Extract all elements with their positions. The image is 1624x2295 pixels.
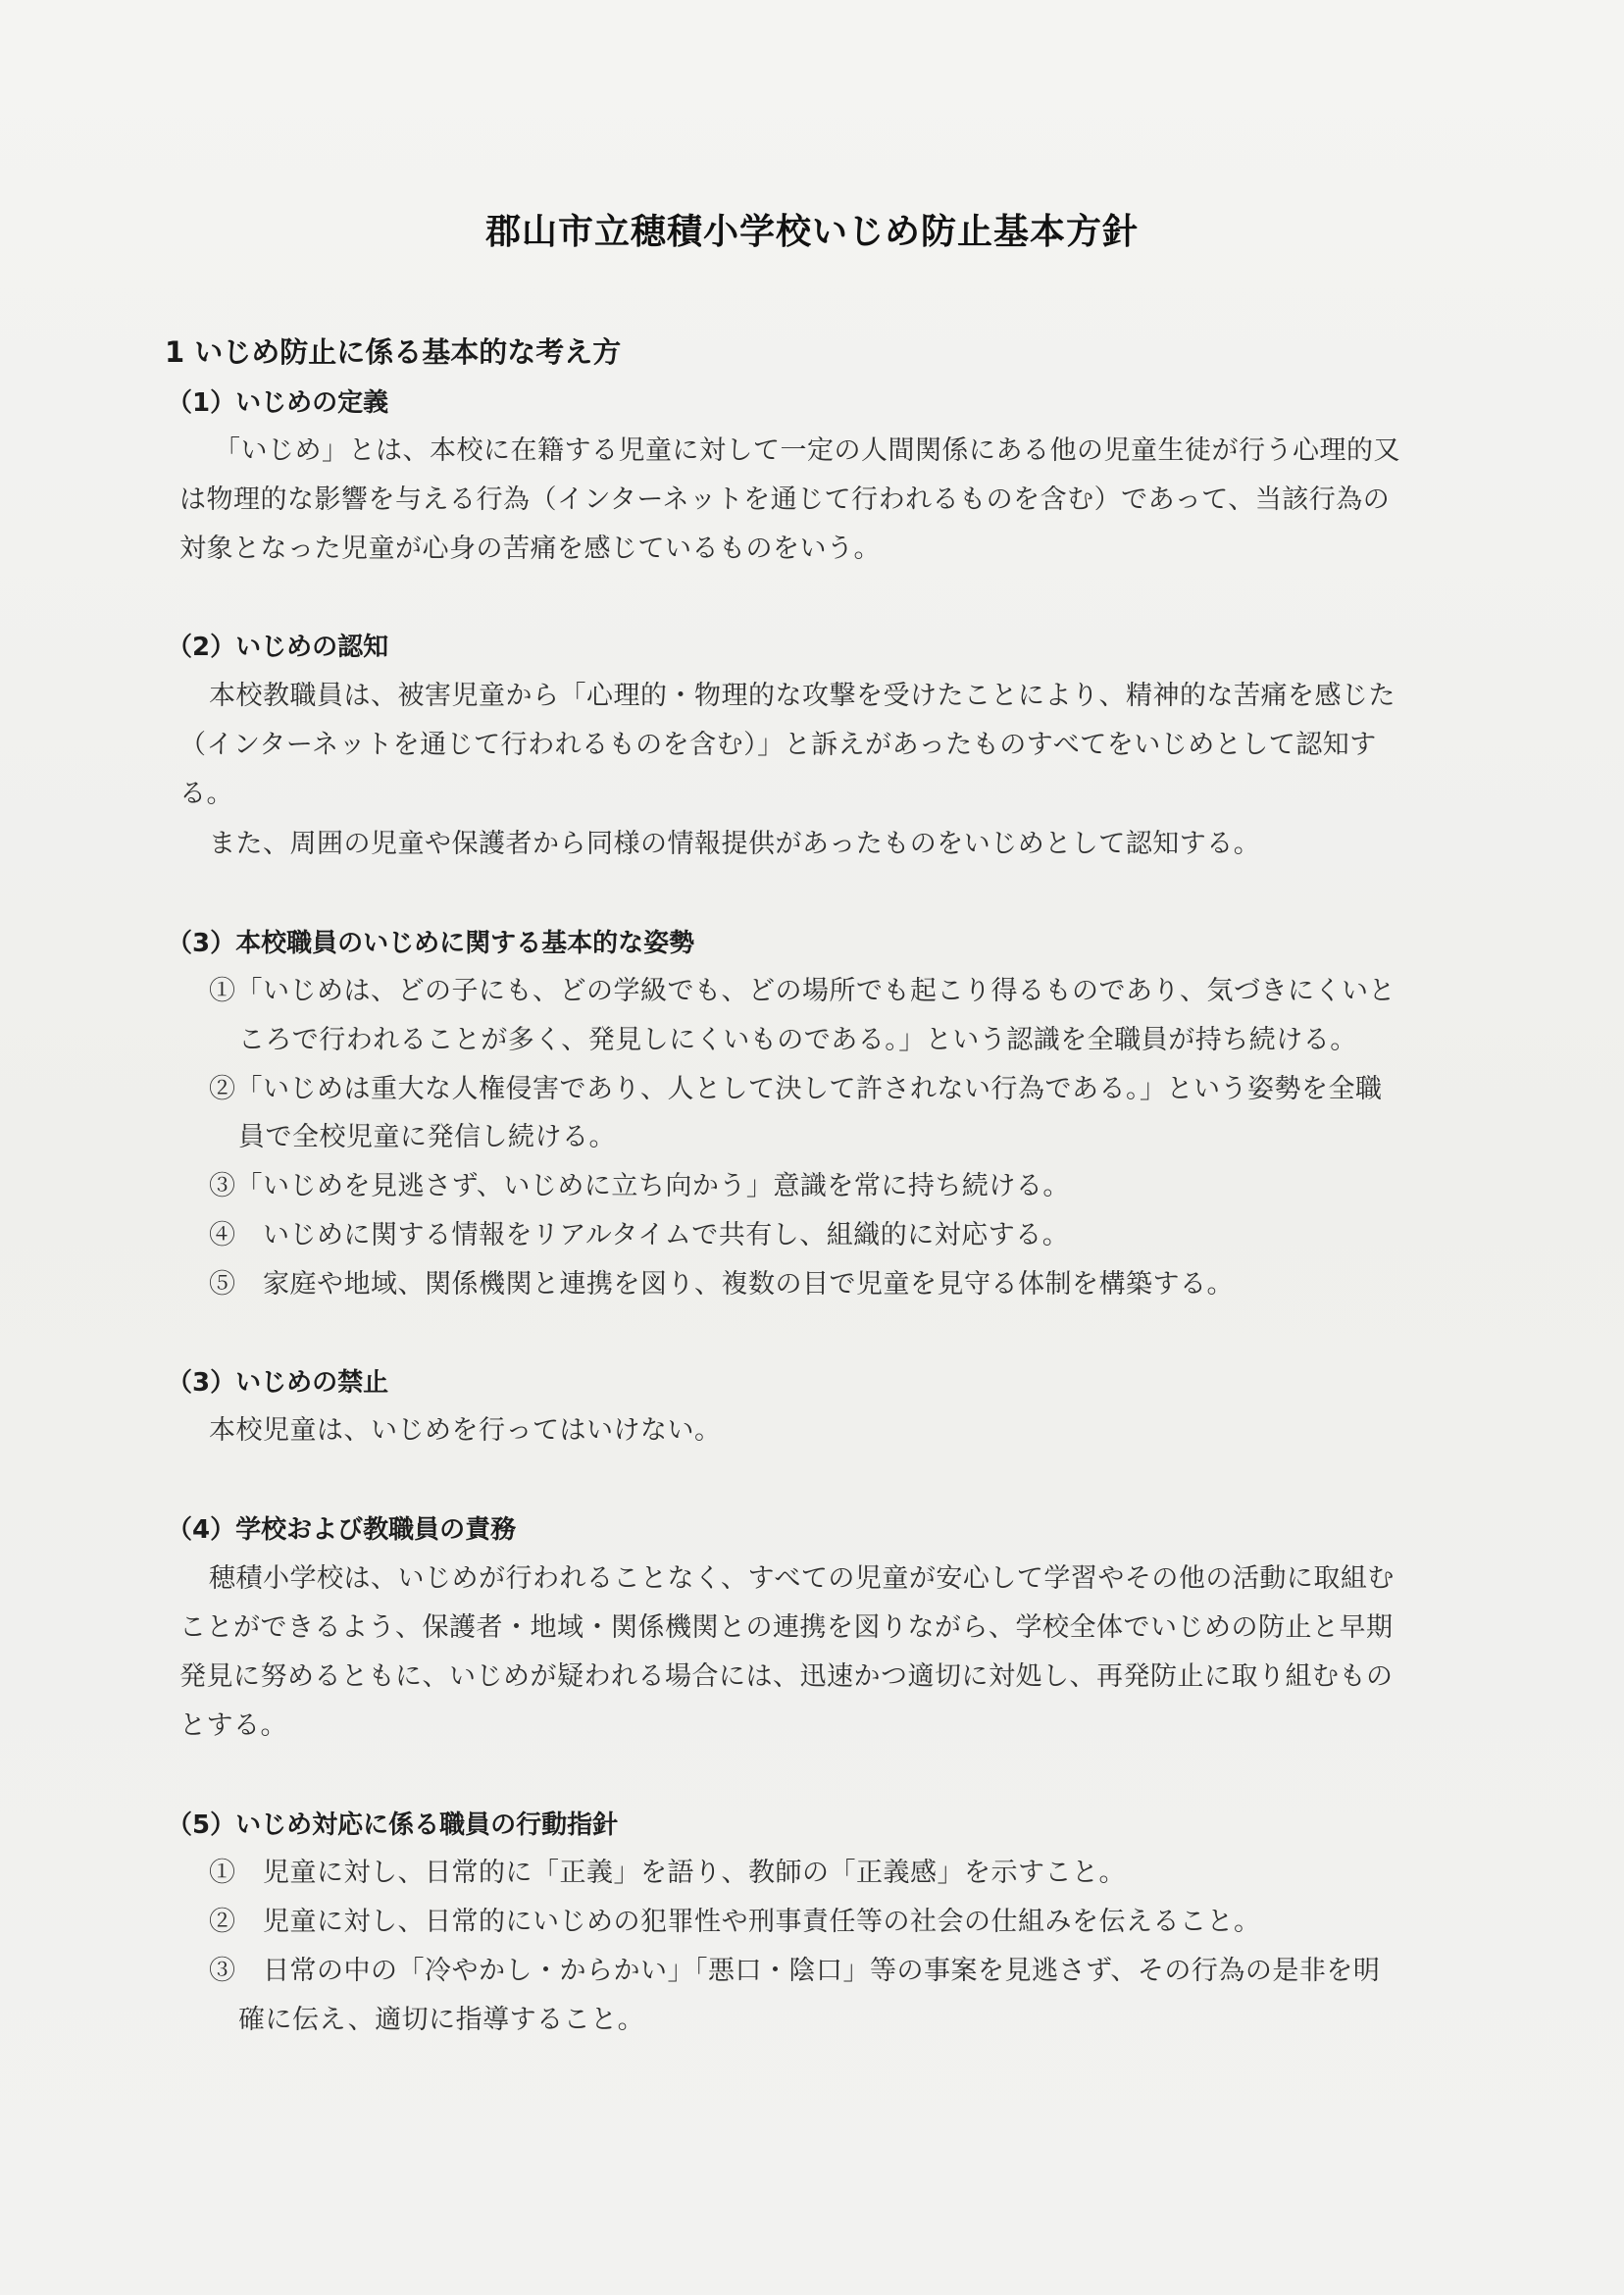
paragraph-line: 穂積小学校は、いじめが行われることなく、すべての児童が安心して学習やその他の活動…	[209, 1556, 1395, 1595]
list-item: ②「いじめは重大な人権侵害であり、人として決して許されない行為である。」という姿…	[209, 1067, 1383, 1105]
list-item-continuation: ころで行われることが多く、発見しにくいものである。」という認識を全職員が持ち続け…	[238, 1018, 1357, 1056]
subsection-recognition-heading: （2）いじめの認知	[167, 627, 388, 663]
list-item: ⑤ 家庭や地域、関係機関と連携を図り、複数の目で児童を見守る体制を構築する。	[209, 1262, 1234, 1300]
list-item: ④ いじめに関する情報をリアルタイムで共有し、組織的に対応する。	[209, 1213, 1069, 1251]
subsection-responsibilities-heading: （4）学校および教職員の責務	[167, 1509, 516, 1546]
paragraph-line: とする。	[179, 1704, 287, 1742]
paragraph-line: る。	[179, 772, 233, 810]
list-item-continuation: 確に伝え、適切に指導すること。	[238, 1998, 644, 2036]
paragraph-line: 発見に努めるともに、いじめが疑われる場合には、迅速かつ適切に対処し、再発防止に取…	[179, 1655, 1394, 1693]
document-page: 郡山市立穂積小学校いじめ防止基本方針 1 いじめ防止に係る基本的な考え方 （1）…	[0, 0, 1624, 2295]
subsection-staff-stance-heading: （3）本校職員のいじめに関する基本的な姿勢	[167, 923, 694, 959]
paragraph-line: 本校児童は、いじめを行ってはいけない。	[209, 1408, 722, 1447]
list-item: ① 児童に対し、日常的に「正義」を語り、教師の「正義感」を示すこと。	[209, 1851, 1126, 1889]
list-item: ③「いじめを見逃さず、いじめに立ち向かう」意識を常に持ち続ける。	[209, 1164, 1070, 1202]
list-item: ② 児童に対し、日常的にいじめの犯罪性や刑事責任等の社会の仕組みを伝えること。	[209, 1900, 1261, 1938]
subsection-definition-heading: （1）いじめの定義	[167, 382, 388, 419]
paragraph-line: （インターネットを通じて行われるものを含む）」と訴えがあったものすべてをいじめと…	[179, 723, 1377, 761]
paragraph-line: は物理的な影響を与える行為（インターネットを通じて行われるものを含む）であって、…	[179, 478, 1390, 516]
paragraph-line: 本校教職員は、被害児童から「心理的・物理的な攻撃を受けたことにより、精神的な苦痛…	[209, 674, 1396, 712]
section-1-heading: 1 いじめ防止に係る基本的な考え方	[165, 331, 621, 371]
list-item-continuation: 員で全校児童に発信し続ける。	[238, 1115, 616, 1153]
list-item: ①「いじめは、どの子にも、どの学級でも、どの場所でも起こり得るものであり、気づき…	[209, 969, 1396, 1007]
list-item: ③ 日常の中の「冷やかし・からかい」「悪口・陰口」等の事案を見逃さず、その行為の…	[209, 1949, 1380, 1987]
paragraph-line: また、周囲の児童や保護者から同様の情報提供があったものをいじめとして認知する。	[209, 822, 1260, 860]
paragraph-line: 「いじめ」とは、本校に在籍する児童に対して一定の人間関係にある他の児童生徒が行う…	[214, 429, 1400, 467]
document-title: 郡山市立穂積小学校いじめ防止基本方針	[0, 204, 1624, 254]
subsection-action-guidelines-heading: （5）いじめ対応に係る職員の行動指針	[167, 1805, 618, 1841]
subsection-prohibition-heading: （3）いじめの禁止	[167, 1362, 388, 1399]
paragraph-line: ことができるよう、保護者・地域・関係機関との連携を図りながら、学校全体でいじめの…	[179, 1606, 1394, 1644]
paragraph-line: 対象となった児童が心身の苦痛を感じているものをいう。	[179, 527, 881, 565]
